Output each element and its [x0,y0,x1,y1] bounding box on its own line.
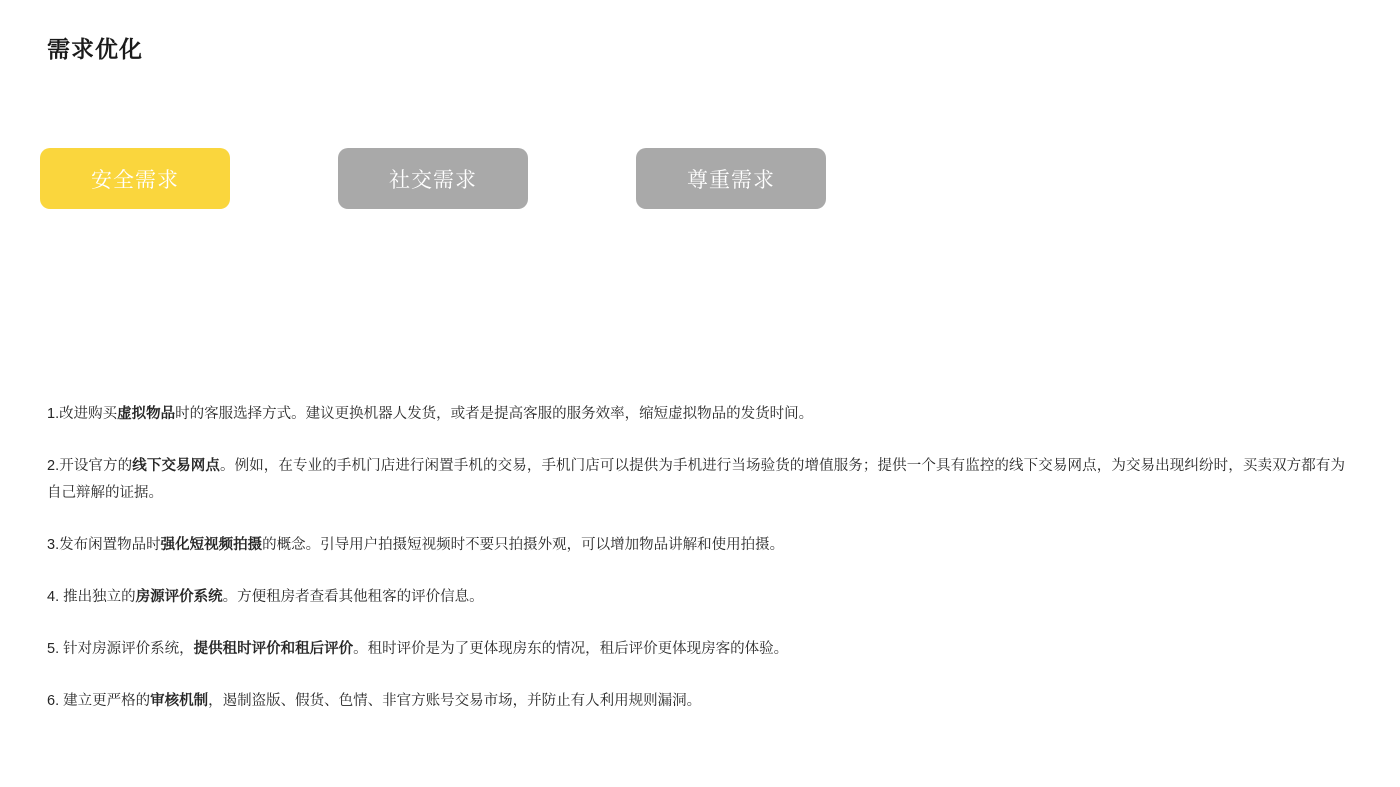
emphasis-text: 虚拟物品 [117,406,175,422]
list-item: 4. 推出独立的房源评价系统。方便租房者查看其他租客的评价信息。 [47,584,1345,611]
emphasis-text: 线下交易网点 [132,458,220,474]
list-item: 2.开设官方的线下交易网点。例如，在专业的手机门店进行闲置手机的交易，手机门店可… [47,453,1345,507]
text-segment: 1.改进购买 [47,406,117,422]
text-segment: 2.开设官方的 [47,458,132,474]
text-segment: 6. 建立更严格的 [47,693,150,709]
tab-social-needs[interactable]: 社交需求 [338,148,528,209]
emphasis-text: 提供租时评价和租后评价 [194,641,354,657]
text-segment: 5. 针对房源评价系统， [47,641,194,657]
emphasis-text: 强化短视频拍摄 [161,537,263,553]
text-segment: 的概念。引导用户拍摄短视频时不要只拍摄外观，可以增加物品讲解和使用拍摄。 [262,537,784,553]
slide-page: 需求优化 安全需求 社交需求 尊重需求 1.改进购买虚拟物品时的客服选择方式。建… [0,0,1400,787]
emphasis-text: 审核机制 [150,693,208,709]
tab-safety-needs[interactable]: 安全需求 [40,148,230,209]
text-segment: 时的客服选择方式。建议更换机器人发货，或者是提高客服的服务效率，缩短虚拟物品的发… [175,406,813,422]
tab-esteem-needs[interactable]: 尊重需求 [636,148,826,209]
list-item: 3.发布闲置物品时强化短视频拍摄的概念。引导用户拍摄短视频时不要只拍摄外观，可以… [47,532,1345,559]
list-item: 5. 针对房源评价系统，提供租时评价和租后评价。租时评价是为了更体现房东的情况，… [47,636,1345,663]
needs-tab-bar: 安全需求 社交需求 尊重需求 [40,148,826,209]
list-item: 1.改进购买虚拟物品时的客服选择方式。建议更换机器人发货，或者是提高客服的服务效… [47,401,1345,428]
emphasis-text: 房源评价系统 [136,589,223,605]
text-segment: 。方便租房者查看其他租客的评价信息。 [223,589,484,605]
list-item: 6. 建立更严格的审核机制，遏制盗版、假货、色情、非官方账号交易市场，并防止有人… [47,688,1345,715]
text-segment: ，遏制盗版、假货、色情、非官方账号交易市场，并防止有人利用规则漏洞。 [208,693,701,709]
text-segment: 3.发布闲置物品时 [47,537,161,553]
page-title: 需求优化 [47,31,143,64]
suggestion-list: 1.改进购买虚拟物品时的客服选择方式。建议更换机器人发货，或者是提高客服的服务效… [47,401,1345,740]
text-segment: 。例如，在专业的手机门店进行闲置手机的交易，手机门店可以提供为手机进行当场验货的… [47,458,1345,501]
text-segment: 4. 推出独立的 [47,589,136,605]
text-segment: 。租时评价是为了更体现房东的情况，租后评价更体现房客的体验。 [353,641,788,657]
